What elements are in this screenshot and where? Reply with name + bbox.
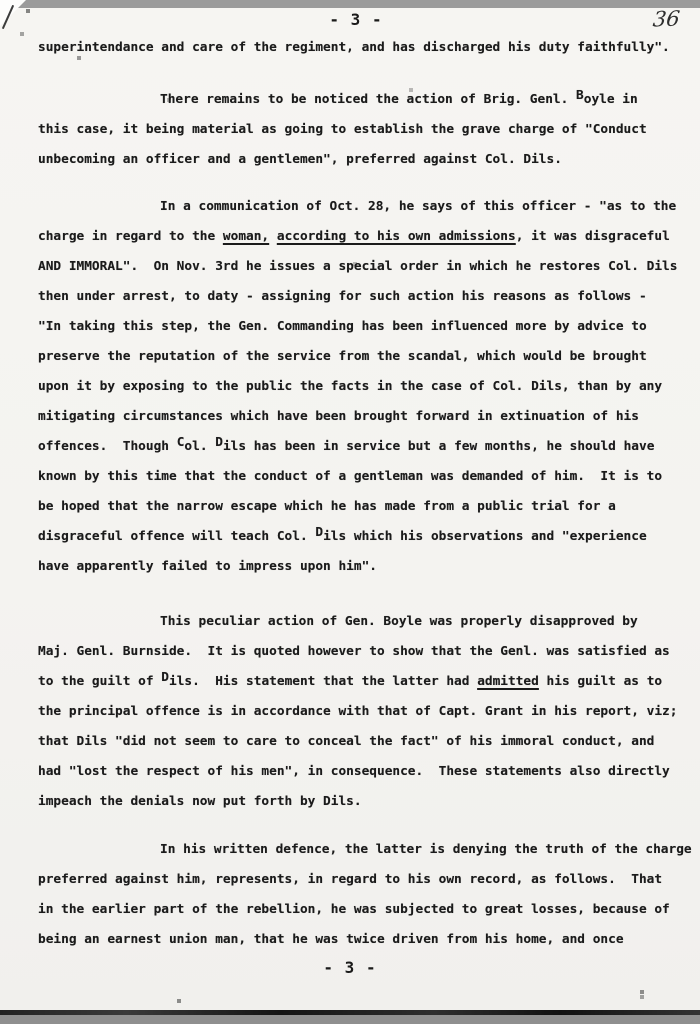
page-number-top: - 3 - (6, 10, 700, 29)
text-segment: charge in regard to the (38, 229, 223, 244)
text-line: This peculiar action of Gen. Boyle was p… (38, 607, 686, 637)
text-line: unbecoming an officer and a gentlemen", … (38, 145, 686, 175)
text-line: AND IMMORAL". On Nov. 3rd he issues a sp… (38, 252, 686, 282)
text-segment: ils has been in service but a few months… (223, 439, 654, 454)
text-segment: this case, it being material as going to… (38, 122, 647, 137)
text-segment: preferred against him, represents, in re… (38, 872, 662, 887)
text-segment: impeach the denials now put forth by Dil… (38, 794, 362, 809)
raised-letter: D (315, 525, 323, 540)
text-segment: superintendance and care of the regiment… (38, 40, 670, 55)
paragraph: This peculiar action of Gen. Boyle was p… (38, 607, 686, 817)
text-line: charge in regard to the woman, according… (38, 222, 686, 252)
text-segment: his guilt as to (539, 674, 662, 689)
text-line: "In taking this step, the Gen. Commandin… (38, 312, 686, 342)
text-line: impeach the denials now put forth by Dil… (38, 787, 686, 817)
text-segment: be hoped that the narrow escape which he… (38, 499, 616, 514)
paragraph: In a communication of Oct. 28, he says o… (38, 192, 686, 582)
underlined-text: admitted (477, 674, 539, 689)
text-segment (269, 229, 277, 244)
handwritten-folio-number: 36 (652, 7, 681, 32)
text-segment: to the guilt of (38, 674, 161, 689)
text-line: offences. Though Col. Dils has been in s… (38, 432, 686, 462)
text-line: There remains to be noticed the action o… (38, 85, 686, 115)
text-segment: being an earnest union man, that he was … (38, 932, 624, 947)
text-line: preserve the reputation of the service f… (38, 342, 686, 372)
text-segment: ils. His statement that the latter had (169, 674, 477, 689)
text-line: be hoped that the narrow escape which he… (38, 492, 686, 522)
text-line: disgraceful offence will teach Col. Dils… (38, 522, 686, 552)
text-segment: oyle in (584, 92, 638, 107)
text-line: have apparently failed to impress upon h… (38, 552, 686, 582)
text-segment: upon it by exposing to the public the fa… (38, 379, 662, 394)
text-line: superintendance and care of the regiment… (38, 33, 686, 63)
text-segment: disgraceful offence will teach Col. (38, 529, 315, 544)
text-line: this case, it being material as going to… (38, 115, 686, 145)
text-segment: that Dils "did not seem to care to conce… (38, 734, 654, 749)
text-line: known by this time that the conduct of a… (38, 462, 686, 492)
text-segment: In a communication of Oct. 28, he says o… (160, 199, 676, 214)
document-page: - 3 - 36 superintendance and care of the… (0, 0, 700, 1024)
text-segment: , it was disgraceful (516, 229, 670, 244)
text-segment: ol. (184, 439, 215, 454)
text-segment: ils which his observations and "experien… (323, 529, 647, 544)
text-line: upon it by exposing to the public the fa… (38, 372, 686, 402)
paragraph: There remains to be noticed the action o… (38, 85, 686, 175)
text-segment: then under arrest, to daty - assigning f… (38, 289, 647, 304)
text-line: In his written defence, the latter is de… (38, 835, 686, 865)
text-segment: preserve the reputation of the service f… (38, 349, 647, 364)
raised-letter: C (177, 435, 185, 450)
page-number-bottom: - 3 - (0, 958, 700, 977)
text-segment: AND IMMORAL". On Nov. 3rd he issues a sp… (38, 259, 677, 274)
text-segment: Maj. Genl. Burnside. It is quoted howeve… (38, 644, 670, 659)
text-segment: have apparently failed to impress upon h… (38, 559, 377, 574)
document-body: superintendance and care of the regiment… (38, 33, 686, 955)
text-segment: This peculiar action of Gen. Boyle was p… (160, 614, 638, 629)
text-line: that Dils "did not seem to care to conce… (38, 727, 686, 757)
text-line: to the guilt of Dils. His statement that… (38, 667, 686, 697)
raised-letter: D (215, 435, 223, 450)
paragraph: superintendance and care of the regiment… (38, 33, 686, 63)
text-line: In a communication of Oct. 28, he says o… (38, 192, 686, 222)
text-line: in the earlier part of the rebellion, he… (38, 895, 686, 925)
text-segment: had "lost the respect of his men", in co… (38, 764, 670, 779)
text-segment: "In taking this step, the Gen. Commandin… (38, 319, 647, 334)
raised-letter: B (576, 88, 584, 103)
text-segment: There remains to be noticed the action o… (160, 92, 576, 107)
scan-edge-bottom (0, 1015, 700, 1024)
underlined-text: according to his own admissions (277, 229, 516, 244)
text-segment: in the earlier part of the rebellion, he… (38, 902, 670, 917)
paragraph: In his written defence, the latter is de… (38, 835, 686, 955)
scan-edge-top (0, 0, 700, 8)
text-line: then under arrest, to daty - assigning f… (38, 282, 686, 312)
text-line: had "lost the respect of his men", in co… (38, 757, 686, 787)
text-segment: unbecoming an officer and a gentlemen", … (38, 152, 562, 167)
text-segment: known by this time that the conduct of a… (38, 469, 662, 484)
text-segment: In his written defence, the latter is de… (160, 842, 692, 857)
ink-specks (0, 0, 2, 2)
text-line: mitigating circumstances which have been… (38, 402, 686, 432)
text-segment: the principal offence is in accordance w… (38, 704, 677, 719)
text-segment: mitigating circumstances which have been… (38, 409, 639, 424)
text-line: preferred against him, represents, in re… (38, 865, 686, 895)
raised-letter: D (161, 670, 169, 685)
text-line: the principal offence is in accordance w… (38, 697, 686, 727)
text-line: Maj. Genl. Burnside. It is quoted howeve… (38, 637, 686, 667)
underlined-text: woman, (223, 229, 269, 244)
text-segment: offences. Though (38, 439, 177, 454)
text-line: being an earnest union man, that he was … (38, 925, 686, 955)
